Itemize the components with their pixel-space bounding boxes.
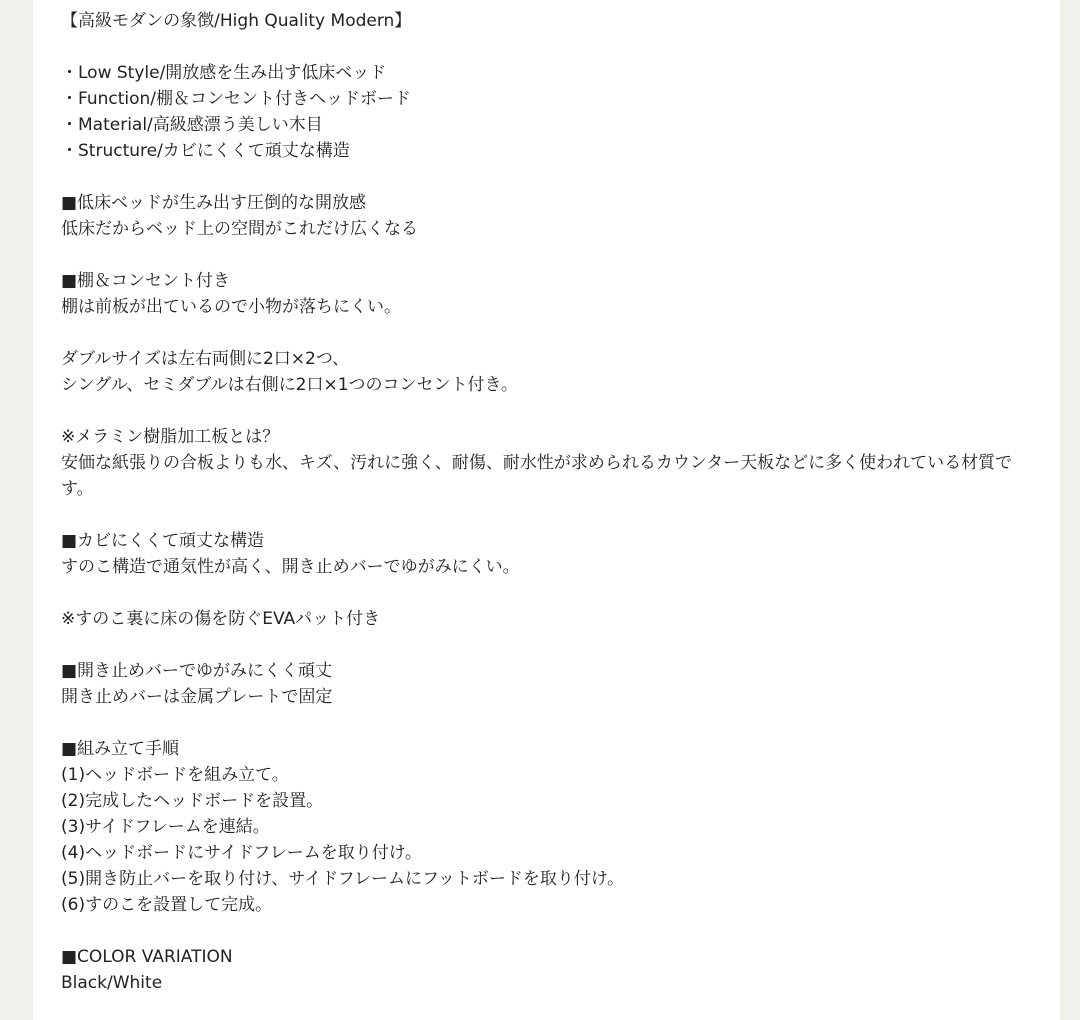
spacer bbox=[61, 320, 1041, 346]
feature-item: ・Material/高級感漂う美しい木目 bbox=[61, 112, 1041, 138]
assembly-step: (6)すのこを設置して完成。 bbox=[61, 892, 1041, 918]
spacer bbox=[61, 164, 1041, 190]
spacer bbox=[61, 398, 1041, 424]
section-heading-shelf: ■棚＆コンセント付き bbox=[61, 268, 1041, 294]
section-heading-assembly: ■組み立て手順 bbox=[61, 736, 1041, 762]
assembly-step: (4)ヘッドボードにサイドフレームを取り付け。 bbox=[61, 840, 1041, 866]
spacer bbox=[61, 580, 1041, 606]
outlet-info-double: ダブルサイズは左右両側に2口×2つ、 bbox=[61, 346, 1041, 372]
spacer bbox=[61, 242, 1041, 268]
section-body-low-bed: 低床だからベッド上の空間がこれだけ広くなる bbox=[61, 216, 1041, 242]
feature-item: ・Function/棚＆コンセント付きヘッドボード bbox=[61, 86, 1041, 112]
outlet-info-single: シングル、セミダブルは右側に2口×1つのコンセント付き。 bbox=[61, 372, 1041, 398]
assembly-step: (3)サイドフレームを連結。 bbox=[61, 814, 1041, 840]
section-body-bar: 開き止めバーは金属プレートで固定 bbox=[61, 684, 1041, 710]
description-title: 【高級モダンの象徴/High Quality Modern】 bbox=[61, 8, 1041, 34]
assembly-step: (2)完成したヘッドボードを設置。 bbox=[61, 788, 1041, 814]
section-heading-bar: ■開き止めバーでゆがみにくく頑丈 bbox=[61, 658, 1041, 684]
spacer bbox=[61, 502, 1041, 528]
feature-item: ・Low Style/開放感を生み出す低床ベッド bbox=[61, 60, 1041, 86]
assembly-step: (1)ヘッドボードを組み立て。 bbox=[61, 762, 1041, 788]
eva-pad-note: ※すのこ裏に床の傷を防ぐEVAパット付き bbox=[61, 606, 1041, 632]
spacer bbox=[61, 710, 1041, 736]
feature-item: ・Structure/カビにくくて頑丈な構造 bbox=[61, 138, 1041, 164]
spacer bbox=[61, 918, 1041, 944]
section-heading-structure: ■カビにくくて頑丈な構造 bbox=[61, 528, 1041, 554]
spacer bbox=[61, 632, 1041, 658]
section-heading-low-bed: ■低床ベッドが生み出す圧倒的な開放感 bbox=[61, 190, 1041, 216]
section-body-structure: すのこ構造で通気性が高く、開き止めバーでゆがみにくい。 bbox=[61, 554, 1041, 580]
section-heading-color: ■COLOR VARIATION bbox=[61, 944, 1041, 970]
assembly-step: (5)開き防止バーを取り付け、サイドフレームにフットボードを取り付け。 bbox=[61, 866, 1041, 892]
section-body-melamine: 安価な紙張りの合板よりも水、キズ、汚れに強く、耐傷、耐水性が求められるカウンター… bbox=[61, 450, 1041, 502]
color-variation-values: Black/White bbox=[61, 970, 1041, 996]
product-description: 【高級モダンの象徴/High Quality Modern】 ・Low Styl… bbox=[61, 8, 1041, 996]
spacer bbox=[61, 34, 1041, 60]
section-body-shelf: 棚は前板が出ているので小物が落ちにくい。 bbox=[61, 294, 1041, 320]
section-heading-melamine: ※メラミン樹脂加工板とは？ bbox=[61, 424, 1041, 450]
description-panel: 【高級モダンの象徴/High Quality Modern】 ・Low Styl… bbox=[33, 0, 1060, 1020]
